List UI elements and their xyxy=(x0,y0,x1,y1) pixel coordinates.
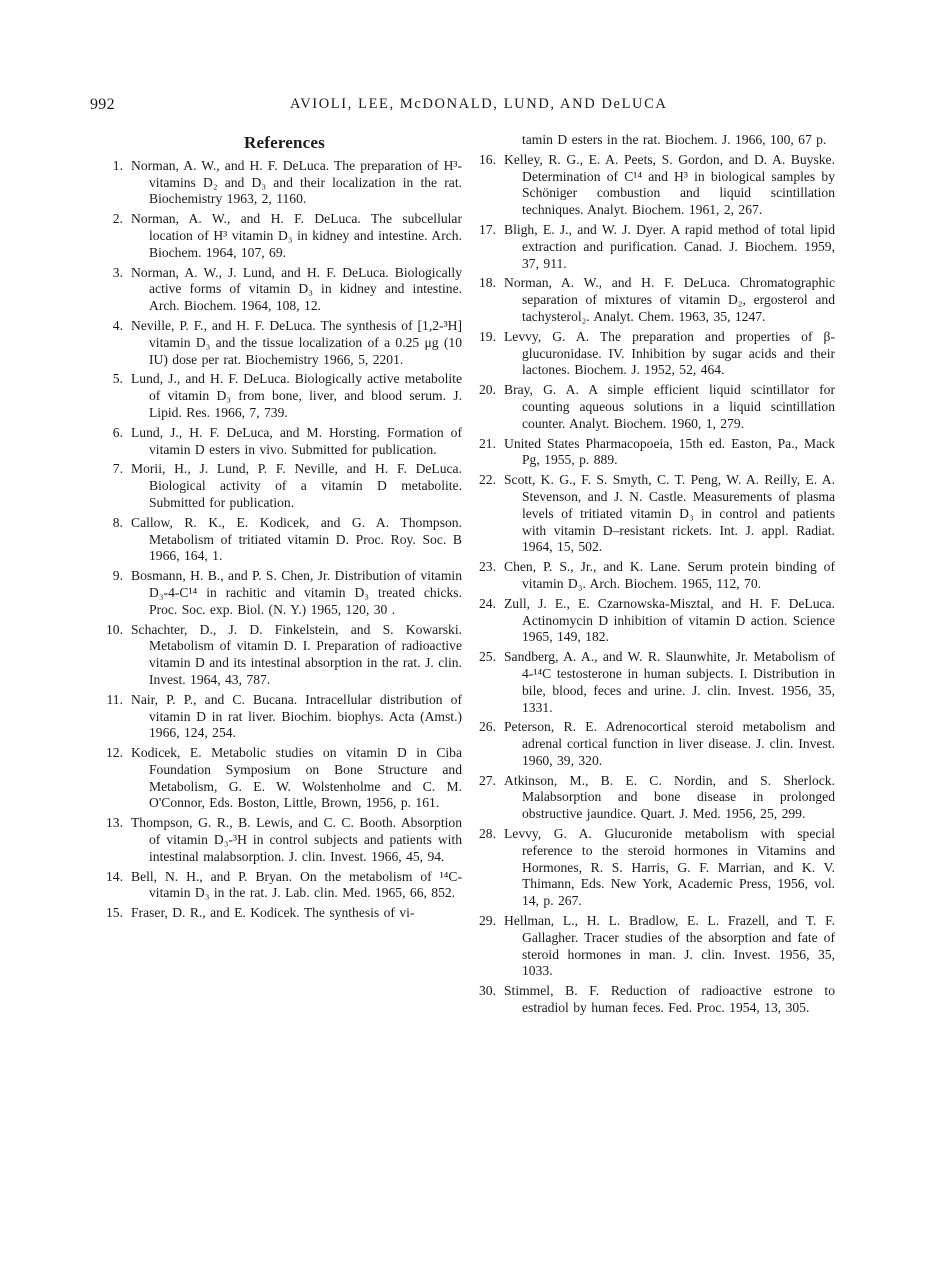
reference-text: Stimmel, B. F. Reduction of radioactive … xyxy=(504,983,835,1017)
reference-text: Lund, J., H. F. DeLuca, and M. Horsting.… xyxy=(131,425,462,459)
reference-list-left: 1.Norman, A. W., and H. F. DeLuca. The p… xyxy=(97,158,462,922)
reference-item: 17.Bligh, E. J., and W. J. Dyer. A rapid… xyxy=(470,222,835,272)
reference-text: Callow, R. K., E. Kodicek, and G. A. Tho… xyxy=(131,515,462,565)
reference-number: 8. xyxy=(97,515,127,532)
reference-text: Norman, A. W., and H. F. DeLuca. The sub… xyxy=(131,211,462,261)
reference-number: 7. xyxy=(97,461,127,478)
reference-number: 20. xyxy=(470,382,500,399)
reference-number: 4. xyxy=(97,318,127,335)
reference-item: 12.Kodicek, E. Metabolic studies on vita… xyxy=(97,745,462,812)
reference-item: 5.Lund, J., and H. F. DeLuca. Biological… xyxy=(97,371,462,421)
reference-number: 21. xyxy=(470,436,500,453)
reference-item: 20.Bray, G. A. A simple efficient liquid… xyxy=(470,382,835,432)
reference-item: 28.Levvy, G. A. Glucuronide metabolism w… xyxy=(470,826,835,910)
reference-number: 12. xyxy=(97,745,127,762)
page-number: 992 xyxy=(90,96,115,114)
reference-item: 10.Schachter, D., J. D. Finkelstein, and… xyxy=(97,622,462,689)
reference-number: 29. xyxy=(470,913,500,930)
reference-number: 17. xyxy=(470,222,500,239)
reference-text: tamin D esters in the rat. Biochem. J. 1… xyxy=(504,132,835,149)
reference-number: 6. xyxy=(97,425,127,442)
reference-item: 2.Norman, A. W., and H. F. DeLuca. The s… xyxy=(97,211,462,261)
reference-number: 16. xyxy=(470,152,500,169)
reference-text: Hellman, L., H. L. Bradlow, E. L. Frazel… xyxy=(504,913,835,980)
reference-item: 9.Bosmann, H. B., and P. S. Chen, Jr. Di… xyxy=(97,568,462,618)
reference-number: 18. xyxy=(470,275,500,292)
section-title: References xyxy=(97,135,462,152)
reference-number: 10. xyxy=(97,622,127,639)
reference-item: 27.Atkinson, M., B. E. C. Nordin, and S.… xyxy=(470,773,835,823)
reference-number: 30. xyxy=(470,983,500,1000)
reference-number: 22. xyxy=(470,472,500,489)
reference-text: Levvy, G. A. Glucuronide metabolism with… xyxy=(504,826,835,910)
reference-item: 21.United States Pharmacopoeia, 15th ed.… xyxy=(470,436,835,470)
reference-text: Chen, P. S., Jr., and K. Lane. Serum pro… xyxy=(504,559,835,593)
reference-item: 16.Kelley, R. G., E. A. Peets, S. Gordon… xyxy=(470,152,835,219)
reference-number: 23. xyxy=(470,559,500,576)
reference-text: Fraser, D. R., and E. Kodicek. The synth… xyxy=(131,905,462,922)
reference-text: Schachter, D., J. D. Finkelstein, and S.… xyxy=(131,622,462,689)
reference-item: 25.Sandberg, A. A., and W. R. Slaunwhite… xyxy=(470,649,835,716)
reference-text: Norman, A. W., J. Lund, and H. F. DeLuca… xyxy=(131,265,462,315)
reference-text: Zull, J. E., E. Czarnowska-Misztal, and … xyxy=(504,596,835,646)
reference-item: 24.Zull, J. E., E. Czarnowska-Misztal, a… xyxy=(470,596,835,646)
reference-number: 11. xyxy=(97,692,127,709)
reference-item: 19.Levvy, G. A. The preparation and prop… xyxy=(470,329,835,379)
reference-item: 3.Norman, A. W., J. Lund, and H. F. DeLu… xyxy=(97,265,462,315)
reference-item: tamin D esters in the rat. Biochem. J. 1… xyxy=(470,132,835,149)
reference-number: 26. xyxy=(470,719,500,736)
reference-number: 28. xyxy=(470,826,500,843)
left-column: References 1.Norman, A. W., and H. F. De… xyxy=(97,135,462,925)
reference-number: 5. xyxy=(97,371,127,388)
reference-number: 25. xyxy=(470,649,500,666)
reference-text: Kelley, R. G., E. A. Peets, S. Gordon, a… xyxy=(504,152,835,219)
reference-number: 14. xyxy=(97,869,127,886)
reference-item: 7.Morii, H., J. Lund, P. F. Neville, and… xyxy=(97,461,462,511)
reference-item: 18.Norman, A. W., and H. F. DeLuca. Chro… xyxy=(470,275,835,325)
reference-item: 4.Neville, P. F., and H. F. DeLuca. The … xyxy=(97,318,462,368)
reference-text: Norman, A. W., and H. F. DeLuca. The pre… xyxy=(131,158,462,208)
reference-number: 1. xyxy=(97,158,127,175)
reference-text: Bray, G. A. A simple efficient liquid sc… xyxy=(504,382,835,432)
running-head: AVIOLI, LEE, McDONALD, LUND, AND DeLUCA xyxy=(290,96,667,113)
reference-text: United States Pharmacopoeia, 15th ed. Ea… xyxy=(504,436,835,470)
reference-text: Sandberg, A. A., and W. R. Slaunwhite, J… xyxy=(504,649,835,716)
reference-item: 1.Norman, A. W., and H. F. DeLuca. The p… xyxy=(97,158,462,208)
reference-number: 27. xyxy=(470,773,500,790)
reference-item: 15.Fraser, D. R., and E. Kodicek. The sy… xyxy=(97,905,462,922)
page-header: 992 AVIOLI, LEE, McDONALD, LUND, AND DeL… xyxy=(90,96,860,116)
reference-text: Bligh, E. J., and W. J. Dyer. A rapid me… xyxy=(504,222,835,272)
reference-text: Lund, J., and H. F. DeLuca. Biologically… xyxy=(131,371,462,421)
reference-number: 24. xyxy=(470,596,500,613)
reference-text: Norman, A. W., and H. F. DeLuca. Chromat… xyxy=(504,275,835,325)
reference-number: 2. xyxy=(97,211,127,228)
reference-text: Bosmann, H. B., and P. S. Chen, Jr. Dist… xyxy=(131,568,462,618)
reference-item: 8.Callow, R. K., E. Kodicek, and G. A. T… xyxy=(97,515,462,565)
reference-item: 30.Stimmel, B. F. Reduction of radioacti… xyxy=(470,983,835,1017)
reference-text: Bell, N. H., and P. Bryan. On the metabo… xyxy=(131,869,462,903)
reference-item: 29.Hellman, L., H. L. Bradlow, E. L. Fra… xyxy=(470,913,835,980)
reference-item: 26.Peterson, R. E. Adrenocortical steroi… xyxy=(470,719,835,769)
reference-text: Neville, P. F., and H. F. DeLuca. The sy… xyxy=(131,318,462,368)
reference-text: Peterson, R. E. Adrenocortical steroid m… xyxy=(504,719,835,769)
reference-number: 3. xyxy=(97,265,127,282)
reference-text: Scott, K. G., F. S. Smyth, C. T. Peng, W… xyxy=(504,472,835,556)
reference-text: Nair, P. P., and C. Bucana. Intracellula… xyxy=(131,692,462,742)
reference-item: 6.Lund, J., H. F. DeLuca, and M. Horstin… xyxy=(97,425,462,459)
reference-text: Kodicek, E. Metabolic studies on vitamin… xyxy=(131,745,462,812)
reference-item: 13.Thompson, G. R., B. Lewis, and C. C. … xyxy=(97,815,462,865)
reference-number: 13. xyxy=(97,815,127,832)
reference-text: Atkinson, M., B. E. C. Nordin, and S. Sh… xyxy=(504,773,835,823)
reference-item: 22.Scott, K. G., F. S. Smyth, C. T. Peng… xyxy=(470,472,835,556)
reference-item: 11.Nair, P. P., and C. Bucana. Intracell… xyxy=(97,692,462,742)
reference-item: 14.Bell, N. H., and P. Bryan. On the met… xyxy=(97,869,462,903)
reference-number: 9. xyxy=(97,568,127,585)
reference-text: Morii, H., J. Lund, P. F. Neville, and H… xyxy=(131,461,462,511)
reference-number: 15. xyxy=(97,905,127,922)
reference-text: Levvy, G. A. The preparation and propert… xyxy=(504,329,835,379)
reference-number: 19. xyxy=(470,329,500,346)
right-column: tamin D esters in the rat. Biochem. J. 1… xyxy=(470,132,835,1020)
reference-item: 23.Chen, P. S., Jr., and K. Lane. Serum … xyxy=(470,559,835,593)
reference-text: Thompson, G. R., B. Lewis, and C. C. Boo… xyxy=(131,815,462,865)
reference-list-right: tamin D esters in the rat. Biochem. J. 1… xyxy=(470,132,835,1017)
